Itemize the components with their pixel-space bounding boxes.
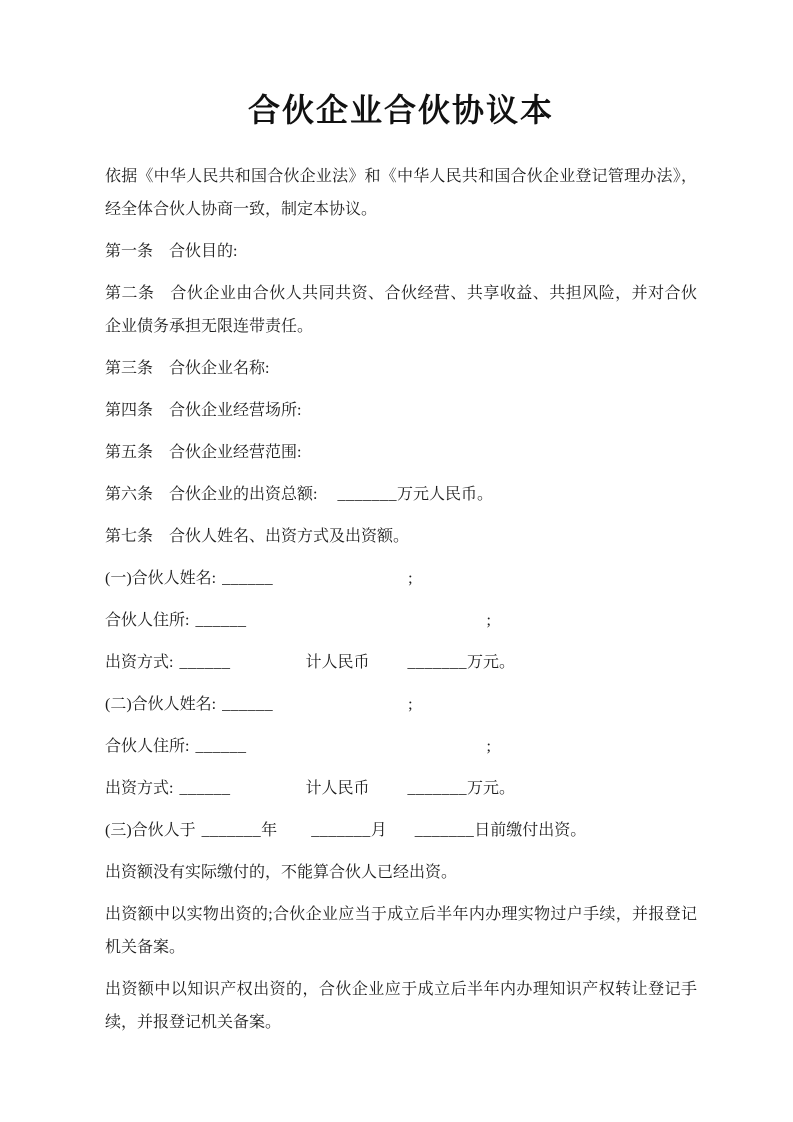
spacer <box>277 834 311 835</box>
article-3-text: 合伙企业名称: <box>169 360 269 377</box>
article-2: 第二条合伙企业由合伙人共同共资、合伙经营、共享收益、共担风险，并对合伙企业债务承… <box>105 277 697 343</box>
spacer <box>369 666 407 667</box>
partner1-name-blank-underline: ______ <box>222 570 273 587</box>
partner1-contribution-suffix: 万元。 <box>467 654 515 671</box>
note-physical-contribution: 出资额中以实物出资的;合伙企业应当于成立后半年内办理实物过户手续，并报登记机关备… <box>105 898 697 964</box>
partner1-contribution-mid-text: 计人民币 <box>305 654 369 671</box>
partner2-contribution-suffix: 万元。 <box>467 780 515 797</box>
payment-month-unit: 月 <box>371 822 387 839</box>
payment-suffix: 日前缴付出资。 <box>474 822 586 839</box>
article-7-number: 第七条 <box>105 528 169 545</box>
partner1-address-semicolon: ; <box>486 612 490 629</box>
article-1: 第一条合伙目的: <box>105 235 697 268</box>
partner2-contribution-line: 出资方式:______计人民币_______万元。 <box>105 772 697 805</box>
spacer <box>273 708 408 709</box>
article-6-number: 第六条 <box>105 486 169 503</box>
article-4-text: 合伙企业经营场所: <box>169 402 301 419</box>
payment-day-blank-underline: _______ <box>415 822 475 839</box>
partner1-name-label: (一)合伙人姓名: <box>105 570 216 587</box>
article-6-suffix: 万元人民币。 <box>397 486 493 503</box>
partner2-contribution-blank-underline: ______ <box>179 780 230 797</box>
partner1-contribution-line: 出资方式:______计人民币_______万元。 <box>105 646 697 679</box>
preamble-paragraph: 依据《中华人民共和国合伙企业法》和《中华人民共和国合伙企业登记管理办法》，经全体… <box>105 160 697 226</box>
article-4-number: 第四条 <box>105 402 169 419</box>
partner1-name-line: (一)合伙人姓名:______; <box>105 562 697 595</box>
partner2-name-blank-underline: ______ <box>222 696 273 713</box>
partner1-amount-blank-underline: _______ <box>407 654 467 671</box>
payment-label: (三)合伙人于 <box>105 822 196 839</box>
partner1-address-label: 合伙人住所: <box>105 612 189 629</box>
partner2-address-semicolon: ; <box>486 738 490 755</box>
article-1-text: 合伙目的: <box>169 243 237 260</box>
payment-year-blank-underline: _______ <box>202 822 262 839</box>
article-6-text: 合伙企业的出资总额: <box>169 486 317 503</box>
partner1-address-line: 合伙人住所:______; <box>105 604 697 637</box>
article-5-text: 合伙企业经营范围: <box>169 444 301 461</box>
partner1-name-semicolon: ; <box>408 570 412 587</box>
payment-deadline-line: (三)合伙人于_______年_______月_______日前缴付出资。 <box>105 814 697 847</box>
spacer <box>246 750 486 751</box>
spacer <box>230 792 305 793</box>
spacer <box>369 792 407 793</box>
partner2-address-blank-underline: ______ <box>195 738 246 755</box>
partner2-name-semicolon: ; <box>408 696 412 713</box>
partner1-address-blank-underline: ______ <box>195 612 246 629</box>
article-1-number: 第一条 <box>105 243 169 260</box>
document-title: 合伙企业合伙协议本 <box>105 88 697 132</box>
partner1-contribution-blank-underline: ______ <box>179 654 230 671</box>
note-unpaid-contribution: 出资额没有实际缴付的，不能算合伙人已经出资。 <box>105 856 697 889</box>
article-4: 第四条合伙企业经营场所: <box>105 394 697 427</box>
article-6-blank-underline: _______ <box>337 486 397 503</box>
partner2-name-line: (二)合伙人姓名:______; <box>105 688 697 721</box>
partner2-name-label: (二)合伙人姓名: <box>105 696 216 713</box>
payment-year-unit: 年 <box>261 822 277 839</box>
article-6: 第六条合伙企业的出资总额:_______万元人民币。 <box>105 478 697 511</box>
payment-month-blank-underline: _______ <box>311 822 371 839</box>
article-3: 第三条合伙企业名称: <box>105 352 697 385</box>
partner2-contribution-mid-text: 计人民币 <box>305 780 369 797</box>
article-7-text: 合伙人姓名、出资方式及出资额。 <box>169 528 409 545</box>
article-5: 第五条合伙企业经营范围: <box>105 436 697 469</box>
partner2-amount-blank-underline: _______ <box>407 780 467 797</box>
spacer <box>387 834 415 835</box>
spacer <box>230 666 305 667</box>
document-page: 合伙企业合伙协议本 依据《中华人民共和国合伙企业法》和《中华人民共和国合伙企业登… <box>0 0 793 1122</box>
spacer <box>317 498 337 499</box>
note-ip-contribution: 出资额中以知识产权出资的，合伙企业应于成立后半年内办理知识产权转让登记手续，并报… <box>105 973 697 1039</box>
partner2-address-label: 合伙人住所: <box>105 738 189 755</box>
article-3-number: 第三条 <box>105 360 169 377</box>
spacer <box>273 582 408 583</box>
article-7: 第七条合伙人姓名、出资方式及出资额。 <box>105 520 697 553</box>
article-5-number: 第五条 <box>105 444 169 461</box>
partner2-contribution-label: 出资方式: <box>105 780 173 797</box>
article-2-number: 第二条 <box>105 285 170 302</box>
spacer <box>246 624 486 625</box>
partner2-address-line: 合伙人住所:______; <box>105 730 697 763</box>
article-2-text: 合伙企业由合伙人共同共资、合伙经营、共享收益、共担风险，并对合伙企业债务承担无限… <box>105 285 697 335</box>
partner1-contribution-label: 出资方式: <box>105 654 173 671</box>
